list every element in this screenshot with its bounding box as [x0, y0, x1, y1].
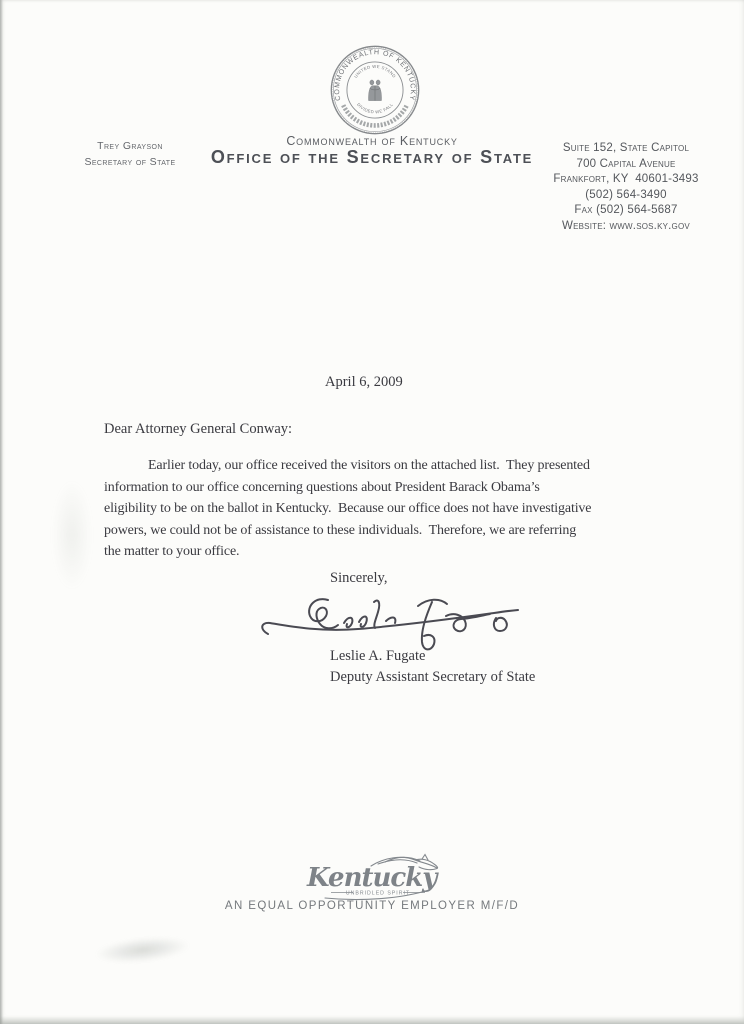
letter-date: April 6, 2009 [325, 374, 403, 391]
signer-title: Deputy Assistant Secretary of State [330, 669, 535, 686]
address-line: Suite 152, State Capitol [528, 141, 724, 157]
closing: Sincerely, [330, 570, 387, 587]
seal-figures-icon [369, 80, 382, 101]
kentucky-unbridled-spirit-logo: Kentucky Unbridled Spirit [305, 853, 445, 903]
address-block: Suite 152, State Capitol 700 Capital Ave… [528, 141, 724, 235]
address-line: 700 Capital Avenue [528, 157, 724, 173]
website-line: Website: www.sos.ky.gov [528, 219, 724, 235]
scan-smudge [94, 933, 191, 967]
salutation: Dear Attorney General Conway: [104, 421, 292, 438]
scan-smudge [52, 480, 92, 590]
fax-line: Fax (502) 564-5687 [528, 203, 724, 219]
letter-body: Earlier today, our office received the v… [104, 455, 704, 563]
phone-line: (502) 564-3490 [528, 188, 724, 204]
svg-text:Divided We Fall: Divided We Fall [356, 102, 394, 115]
scan-edge-bottom [0, 1016, 744, 1024]
seal-motto-bottom: Divided We Fall [356, 102, 394, 115]
kentucky-state-seal-icon: Commonwealth of Kentucky United We Stand… [329, 44, 421, 136]
brand-tagline: Unbridled Spirit [346, 891, 410, 897]
eeo-statement: An Equal Opportunity Employer M/F/D [0, 900, 744, 912]
scan-edge-left [0, 0, 3, 1024]
brand-name: Kentucky [306, 863, 439, 893]
address-line: Frankfort, KY 40601-3493 [528, 172, 724, 188]
scanned-letter-page: Commonwealth of Kentucky United We Stand… [0, 0, 744, 1024]
signer-name: Leslie A. Fugate [330, 648, 425, 665]
